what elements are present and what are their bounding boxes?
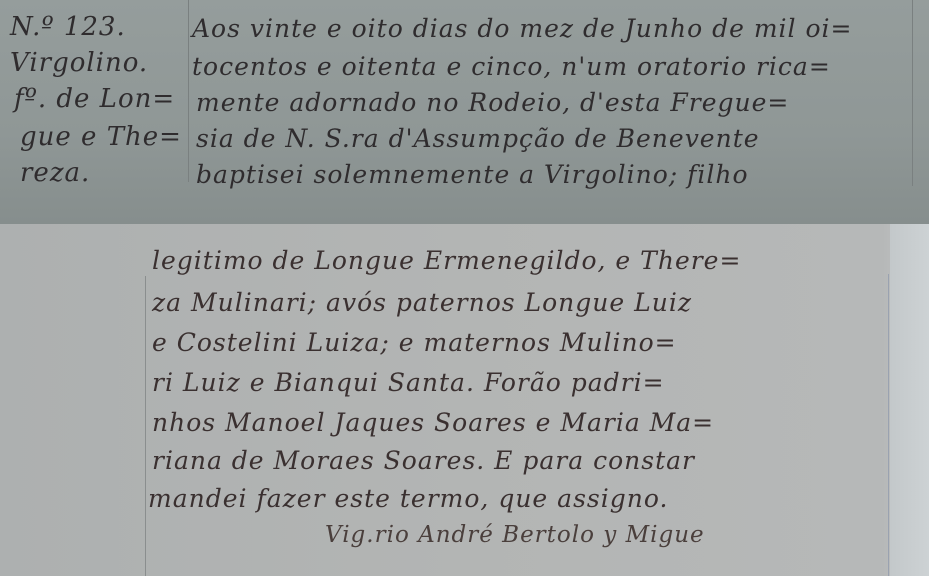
margin-name: Virgolino.: [10, 48, 148, 78]
page-edge: [890, 224, 929, 576]
record-line-8: e Costelini Luiza; e maternos Mulino=: [152, 328, 677, 357]
margin-parent-line-3: reza.: [20, 158, 90, 188]
record-line-1: Aos vinte e oito dias do mez de Junho de…: [192, 14, 852, 43]
margin-rule-right: [888, 274, 889, 576]
record-line-5: baptisei solemnemente a Virgolino; filho: [196, 160, 749, 189]
record-line-4: sia de N. S.ra d'Assumpção de Benevente: [196, 124, 760, 153]
record-line-11: riana de Moraes Soares. E para constar: [152, 446, 695, 475]
record-line-9: ri Luiz e Bianqui Santa. Forão padri=: [152, 368, 665, 397]
record-line-10: nhos Manoel Jaques Soares e Maria Ma=: [152, 408, 714, 437]
record-number: N.º 123.: [10, 12, 126, 42]
record-line-12: mandei fazer este termo, que assigno.: [148, 484, 668, 513]
record-page-bottom: legitimo de Longue Ermenegildo, e There=…: [0, 224, 929, 576]
record-page-top: N.º 123. Virgolino. fº. de Lon= gue e Th…: [0, 0, 929, 224]
priest-signature: Vig.rio André Bertolo y Migue: [325, 522, 705, 548]
record-line-2: tocentos e oitenta e cinco, n'um oratori…: [192, 52, 831, 81]
margin-rule-right: [912, 0, 913, 186]
record-line-6: legitimo de Longue Ermenegildo, e There=: [152, 246, 741, 275]
margin-parent-line-1: fº. de Lon=: [14, 84, 175, 114]
margin-parent-line-2: gue e The=: [20, 122, 182, 152]
record-line-7: za Mulinari; avós paternos Longue Luiz: [152, 288, 692, 317]
margin-rule-left: [188, 0, 189, 182]
margin-rule-left: [145, 276, 146, 576]
record-line-3: mente adornado no Rodeio, d'esta Fregue=: [196, 88, 789, 117]
